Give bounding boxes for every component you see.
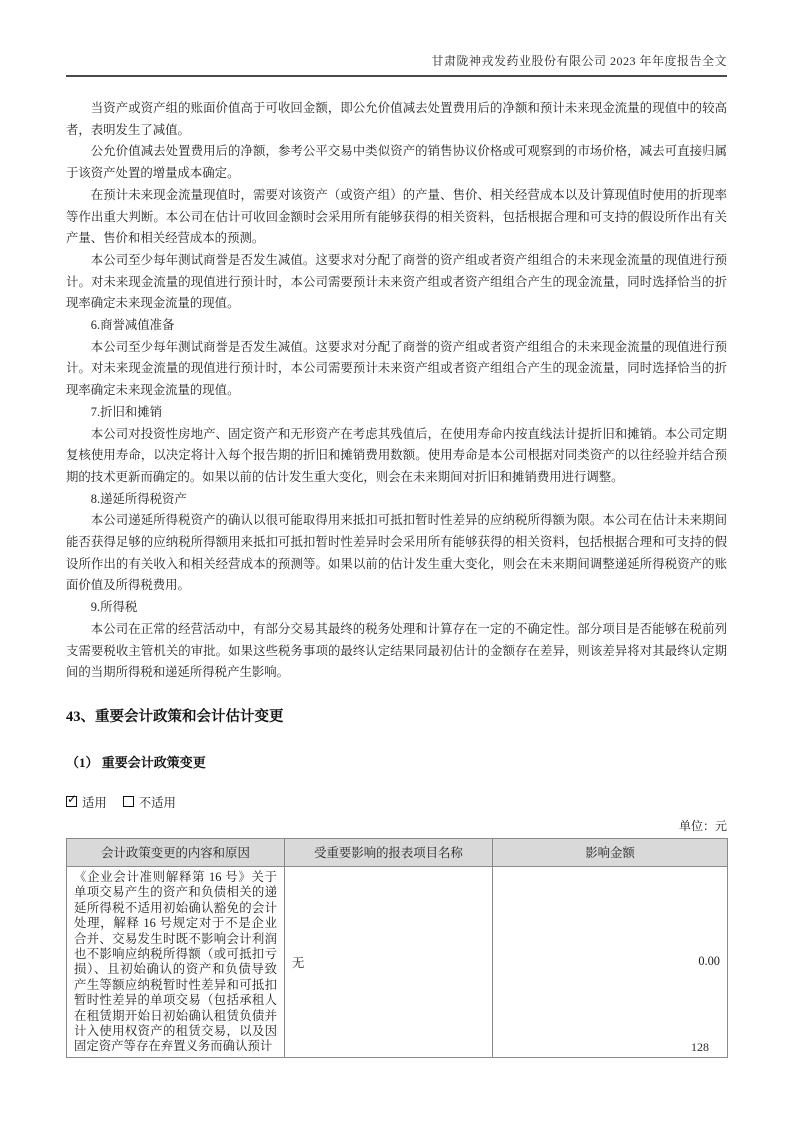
unit-label: 单位：元	[66, 817, 727, 834]
unchecked-checkbox-icon	[123, 796, 134, 807]
paragraph: 在预计未来现金流量现值时，需要对该资产（或资产组）的产量、售价、相关经营成本以及…	[66, 185, 727, 250]
paragraph: 本公司递延所得税资产的确认以很可能取得用来抵扣可抵扣暂时性差异的应纳税所得额为限…	[66, 510, 727, 597]
paragraph: 本公司至少每年测试商誉是否发生减值。这要求对分配了商誉的资产组或者资产组组合的未…	[66, 337, 727, 402]
paragraph: 本公司至少每年测试商誉是否发生减值。这要求对分配了商誉的资产组或者资产组组合的未…	[66, 250, 727, 315]
col-header-affected-items: 受重要影响的报表项目名称	[285, 838, 493, 866]
applicability-line: ✓ 适用 不适用	[66, 793, 727, 811]
numbered-subheading-depreciation: 7.折旧和摊销	[66, 402, 727, 424]
paragraph: 当资产或资产组的账面价值高于可收回金额，即公允价值减去处置费用后的净额和预计未来…	[66, 98, 727, 141]
section-heading-43: 43、重要会计政策和会计估计变更	[66, 705, 727, 726]
subsection-heading-1: （1） 重要会计政策变更	[66, 752, 727, 771]
applicable-label: 适用	[82, 793, 107, 811]
table-header-row: 会计政策变更的内容和原因 受重要影响的报表项目名称 影响金额	[67, 838, 728, 866]
cell-content-reason: 《企业会计准则解释第 16 号》关于单项交易产生的资产和负债相关的递延所得税不适…	[67, 866, 285, 1057]
report-page: 甘肃陇神戎发药业股份有限公司 2023 年年度报告全文 当资产或资产组的账面价值…	[0, 0, 793, 1122]
paragraph: 公允价值减去处置费用后的净额，参考公平交易中类似资产的销售协议价格或可观察到的市…	[66, 141, 727, 184]
table-row: 《企业会计准则解释第 16 号》关于单项交易产生的资产和负债相关的递延所得税不适…	[67, 866, 728, 1057]
paragraph: 本公司在正常的经营活动中，有部分交易其最终的税务处理和计算存在一定的不确定性。部…	[66, 619, 727, 684]
col-header-content-reason: 会计政策变更的内容和原因	[67, 838, 285, 866]
checked-checkbox-icon: ✓	[66, 796, 77, 807]
accounting-policy-change-table: 会计政策变更的内容和原因 受重要影响的报表项目名称 影响金额 《企业会计准则解释…	[66, 838, 728, 1058]
running-header: 甘肃陇神戎发药业股份有限公司 2023 年年度报告全文	[66, 0, 727, 77]
header-divider	[66, 75, 727, 77]
report-title: 甘肃陇神戎发药业股份有限公司 2023 年年度报告全文	[66, 52, 727, 75]
body-content: 当资产或资产组的账面价值高于可收回金额，即公允价值减去处置费用后的净额和预计未来…	[66, 98, 727, 1058]
cell-impact-amount: 0.00	[493, 866, 728, 1057]
page-number: 128	[691, 1040, 709, 1055]
numbered-subheading-income-tax: 9.所得税	[66, 597, 727, 619]
numbered-subheading-deferred-tax: 8.递延所得税资产	[66, 489, 727, 511]
numbered-subheading-goodwill: 6.商誉减值准备	[66, 315, 727, 337]
col-header-impact-amount: 影响金额	[493, 838, 728, 866]
check-mark-icon: ✓	[67, 793, 77, 805]
paragraph: 本公司对投资性房地产、固定资产和无形资产在考虑其残值后，在使用寿命内按直线法计提…	[66, 424, 727, 489]
cell-affected-items: 无	[285, 866, 493, 1057]
not-applicable-label: 不适用	[139, 793, 176, 811]
